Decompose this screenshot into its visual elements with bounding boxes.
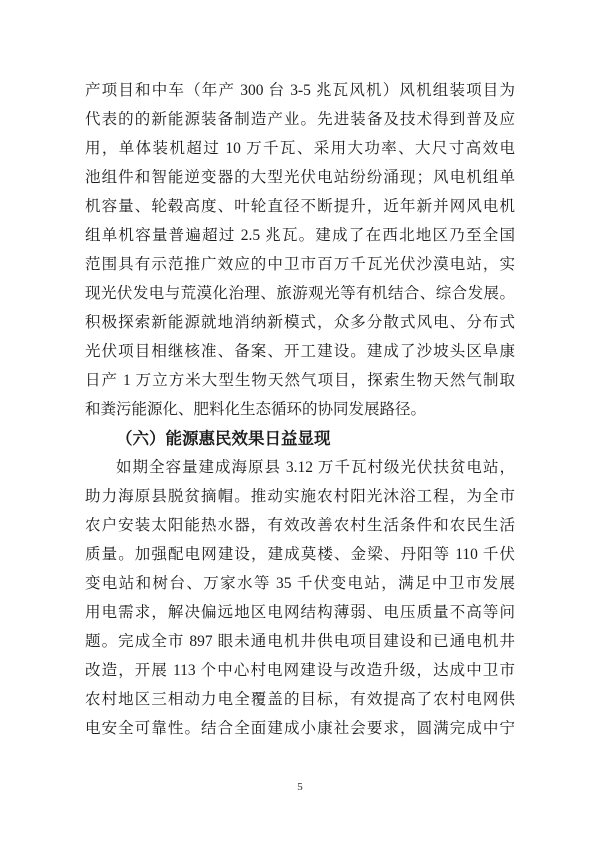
- text-line-paragraph-start: 如期全容量建成海原县 3.12 万千瓦村级光伏扶贫电站，: [85, 453, 515, 482]
- text-line: 积极探索新能源就地消纳新模式，众多分散式风电、分布式: [85, 308, 515, 337]
- text-line: 用，单体装机超过 10 万千瓦、采用大功率、大尺寸高效电: [85, 134, 515, 163]
- text-line: 组单机容量普遍超过 2.5 兆瓦。建成了在西北地区乃至全国: [85, 221, 515, 250]
- text-line: 产项目和中车（年产 300 台 3-5 兆瓦风机）风机组装项目为: [85, 76, 515, 105]
- text-line-paragraph-end: 和粪污能源化、肥料化生态循环的协同发展路径。: [85, 395, 515, 424]
- text-line: 题。完成全市 897 眼未通电机井供电项目建设和已通电机井: [85, 627, 515, 656]
- text-line: 机容量、轮毂高度、叶轮直径不断提升，近年新并网风电机: [85, 192, 515, 221]
- text-block: 产项目和中车（年产 300 台 3-5 兆瓦风机）风机组装项目为 代表的的新能源…: [85, 76, 515, 743]
- document-page: 产项目和中车（年产 300 台 3-5 兆瓦风机）风机组装项目为 代表的的新能源…: [0, 0, 600, 848]
- text-line: 范围具有示范推广效应的中卫市百万千瓦光伏沙漠电站，实: [85, 250, 515, 279]
- text-line: 电安全可靠性。结合全面建成小康社会要求，圆满完成中宁: [85, 714, 515, 743]
- text-line: 改造，开展 113 个中心村电网建设与改造升级，达成中卫市: [85, 656, 515, 685]
- text-line: 现光伏发电与荒漠化治理、旅游观光等有机结合、综合发展。: [85, 279, 515, 308]
- text-line: 日产 1 万立方米大型生物天然气项目，探索生物天然气制取: [85, 366, 515, 395]
- text-line: 变电站和树台、万家水等 35 千伏变电站，满足中卫市发展: [85, 569, 515, 598]
- section-heading: （六）能源惠民效果日益显现: [85, 424, 515, 453]
- page-number: 5: [85, 781, 515, 793]
- text-line: 代表的的新能源装备制造产业。先进装备及技术得到普及应: [85, 105, 515, 134]
- text-line: 农村地区三相动力电全覆盖的目标，有效提高了农村电网供: [85, 685, 515, 714]
- text-line: 质量。加强配电网建设，建成莫楼、金梁、丹阳等 110 千伏: [85, 540, 515, 569]
- text-line: 光伏项目相继核准、备案、开工建设。建成了沙坡头区阜康: [85, 337, 515, 366]
- text-line: 池组件和智能逆变器的大型光伏电站纷纷涌现；风电机组单: [85, 163, 515, 192]
- text-line: 农户安装太阳能热水器，有效改善农村生活条件和农民生活: [85, 511, 515, 540]
- text-line: 助力海原县脱贫摘帽。推动实施农村阳光沐浴工程，为全市: [85, 482, 515, 511]
- text-line: 用电需求，解决偏远地区电网结构薄弱、电压质量不高等问: [85, 598, 515, 627]
